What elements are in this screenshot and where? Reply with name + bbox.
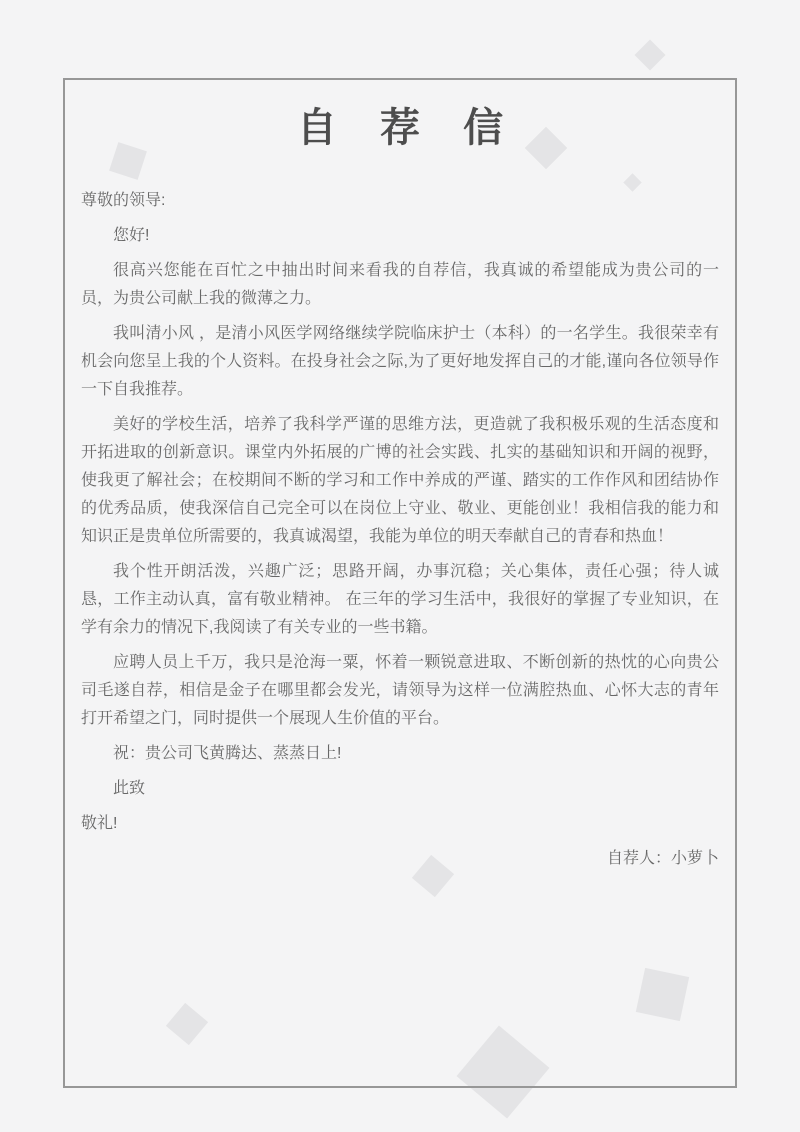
letter-body: 尊敬的领导: 您好! 很高兴您能在百忙之中抽出时间来看我的自荐信，我真诚的希望能… <box>81 187 719 873</box>
letter-frame: 自 荐 信 尊敬的领导: 您好! 很高兴您能在百忙之中抽出时间来看我的自荐信，我… <box>63 78 737 1088</box>
closing-cizhi: 此致 <box>81 775 719 803</box>
closing-wish: 祝：贵公司飞黄腾达、蒸蒸日上! <box>81 740 719 768</box>
paragraph-intro: 很高兴您能在百忙之中抽出时间来看我的自荐信，我真诚的希望能成为贵公司的一员，为贵… <box>81 257 719 313</box>
letter-page: 自 荐 信 尊敬的领导: 您好! 很高兴您能在百忙之中抽出时间来看我的自荐信，我… <box>0 0 800 1132</box>
salutation: 尊敬的领导: <box>81 187 719 215</box>
paragraph-appeal: 应聘人员上千万，我只是沧海一粟，怀着一颗锐意进取、不断创新的热忱的心向贵公司毛遂… <box>81 649 719 733</box>
letter-title: 自 荐 信 <box>65 102 735 154</box>
decor-square <box>634 39 665 70</box>
closing-salute: 敬礼! <box>81 810 719 838</box>
paragraph-personality: 我个性开朗活泼，兴趣广泛；思路开阔，办事沉稳；关心集体，责任心强；待人诚恳，工作… <box>81 558 719 642</box>
paragraph-self-introduction: 我叫清小风 ，是清小风医学网络继续学院临床护士（本科）的一名学生。我很荣幸有机会… <box>81 320 719 404</box>
paragraph-school-life: 美好的学校生活，培养了我科学严谨的思维方法，更造就了我积极乐观的生活态度和开拓进… <box>81 411 719 551</box>
signature: 自荐人：小萝卜 <box>81 845 719 873</box>
greeting: 您好! <box>81 222 719 250</box>
